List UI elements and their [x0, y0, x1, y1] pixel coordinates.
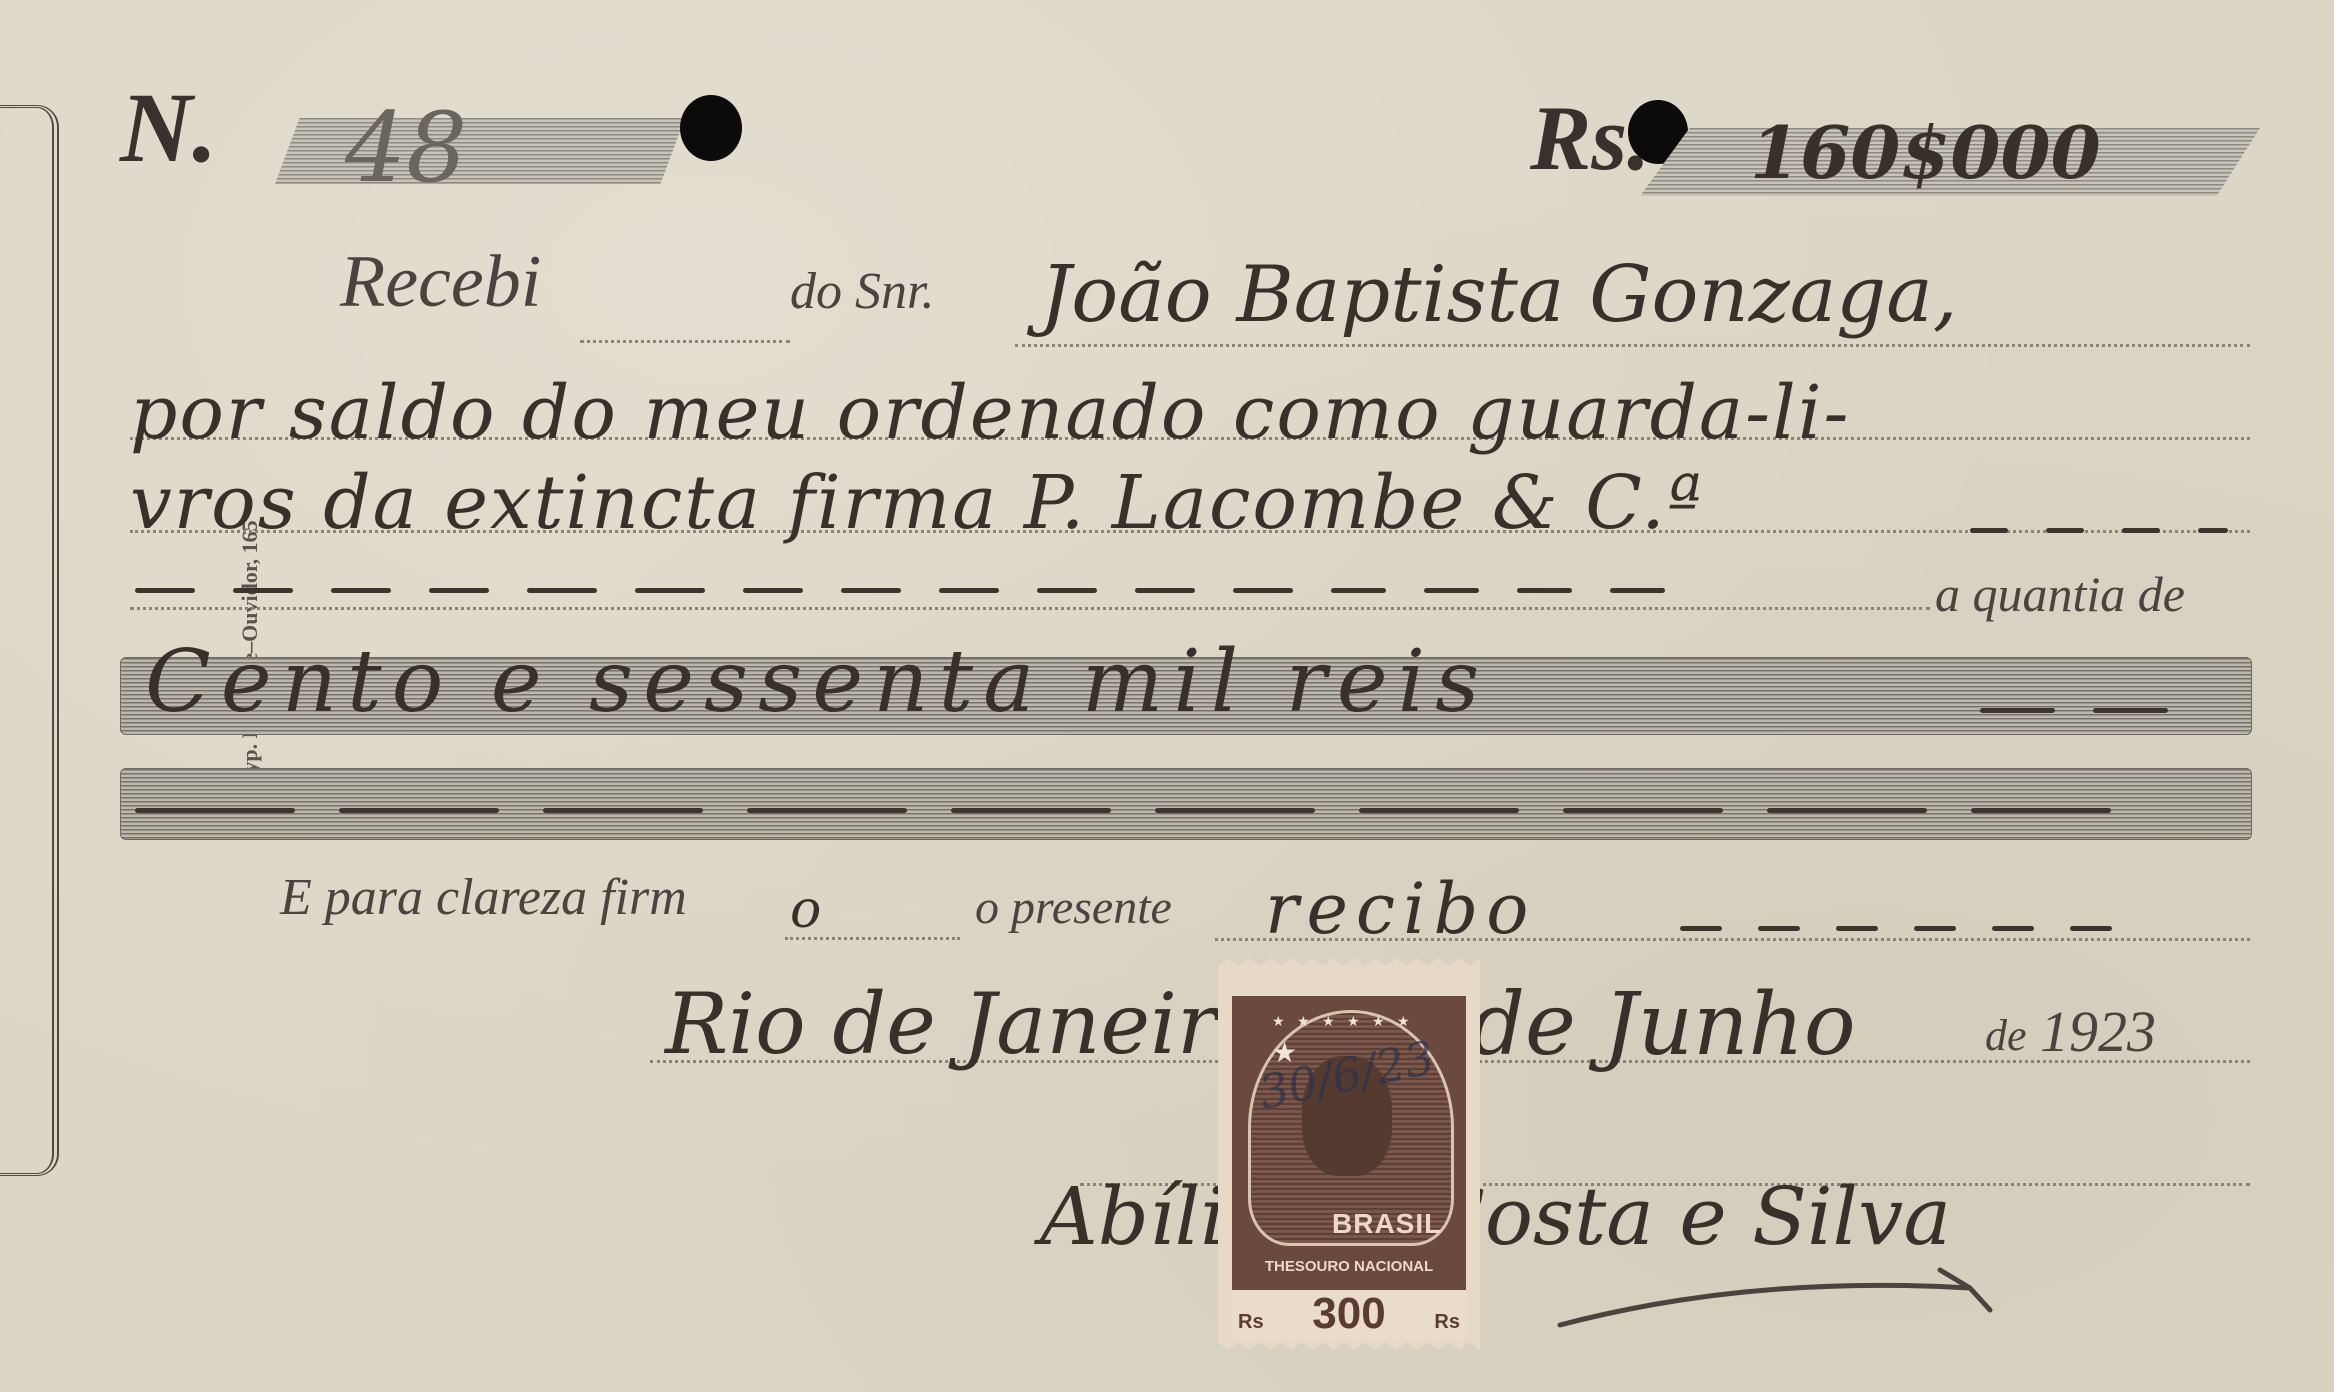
stamp-country: BRASIL [1332, 1208, 1442, 1240]
signature-flourish [1550, 1260, 2030, 1340]
handwritten-month: de Junho [1470, 975, 1856, 1075]
printed-de: de [1985, 1010, 2027, 1061]
handwritten-amount-words: Cento e sessenta mil reis [145, 632, 1489, 732]
closing-filler-dashes [1680, 918, 2112, 937]
printed-quantia-de: a quantia de [1935, 565, 2185, 623]
filler-band-dashes [135, 800, 2111, 819]
printed-do-snr: do Snr. [790, 262, 934, 321]
stamp-value: 300 [1232, 1290, 1466, 1338]
amount-words-filler-dashes [1980, 700, 2168, 719]
line4-filler-dashes [135, 580, 1703, 599]
closing-dots-a [785, 937, 960, 940]
handwritten-place: Rio de Janeiro [665, 975, 1268, 1073]
stamp-issuer: THESOURO NACIONAL [1240, 1258, 1458, 1275]
printed-recebi: Recebi [340, 240, 541, 325]
line1-dots-b [1015, 344, 2250, 347]
line4-dots [130, 607, 1930, 610]
ornamental-border [0, 105, 59, 1176]
handwritten-recibo: recibo [1265, 868, 1536, 950]
stamp-currency-right: Rs [1434, 1311, 1460, 1334]
handwritten-payer: João Baptista Gonzaga, [1040, 250, 1958, 340]
line1-dots-a [580, 340, 790, 343]
punch-hole-left [680, 95, 742, 161]
printed-year: 1923 [2040, 998, 2156, 1065]
number-field-band [275, 118, 685, 184]
amount-value: 160$000 [1750, 110, 2101, 195]
printed-o-presente: o presente [975, 880, 1172, 935]
handwritten-line3: vros da extincta firma P. Lacombe & C.ª [130, 460, 1704, 546]
number-value: 48 [345, 92, 467, 204]
handwritten-firmo-o: o [790, 880, 821, 940]
printed-e-para-clareza: E para clareza firm [280, 868, 687, 927]
signature: Abílio da Costa e Silva [1040, 1170, 1951, 1263]
line3-filler-dashes [1970, 520, 2228, 539]
stamp-stars: ★ ★ ★ ★ ★ ★ [1272, 1014, 1414, 1030]
revenue-stamp: ★ ★ ★ ★ ★ ★ ★ BRASIL THESOURO NACIONAL R… [1218, 958, 1480, 1350]
handwritten-line2: por saldo do meu ordenado como guarda-li… [130, 370, 1851, 456]
stamp-value-row: Rs 300 Rs [1232, 1290, 1466, 1338]
number-label: N. [120, 78, 217, 178]
